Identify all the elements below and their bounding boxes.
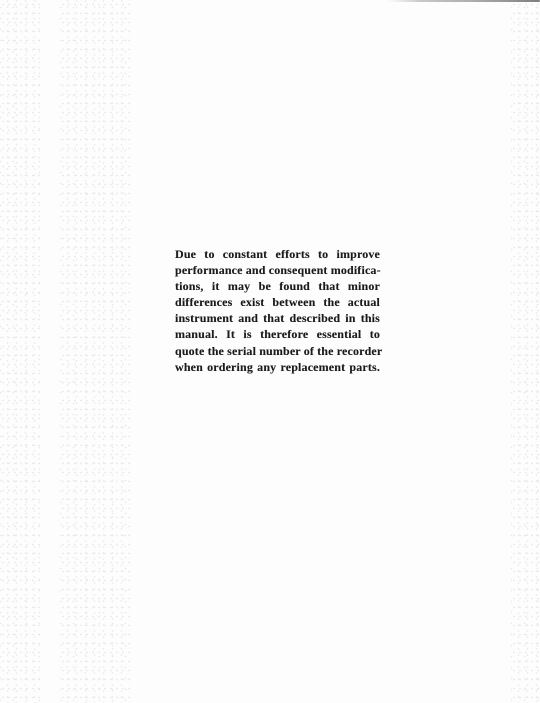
text-line: when ordering any replacement parts. — [175, 359, 380, 375]
text-line: Due to constant efforts to improve — [175, 246, 380, 262]
scanned-manual-page: Due to constant efforts to improveperfor… — [0, 0, 540, 703]
text-line: manual. It is therefore essential to — [175, 326, 380, 342]
scan-noise-band-left-inner — [60, 0, 130, 703]
text-line: instrument and that described in this — [175, 310, 380, 326]
text-line: quote the serial number of the recorder — [175, 343, 380, 359]
scan-noise-band-left-outer — [0, 0, 40, 703]
text-line: differences exist between the actual — [175, 294, 380, 310]
text-line: performance and consequent modifica- — [175, 262, 380, 278]
text-line: tions, it may be found that minor — [175, 278, 380, 294]
notice-paragraph: Due to constant efforts to improveperfor… — [175, 246, 380, 375]
page-edge-scan-line — [388, 0, 540, 2]
scan-noise-band-right — [511, 0, 540, 703]
